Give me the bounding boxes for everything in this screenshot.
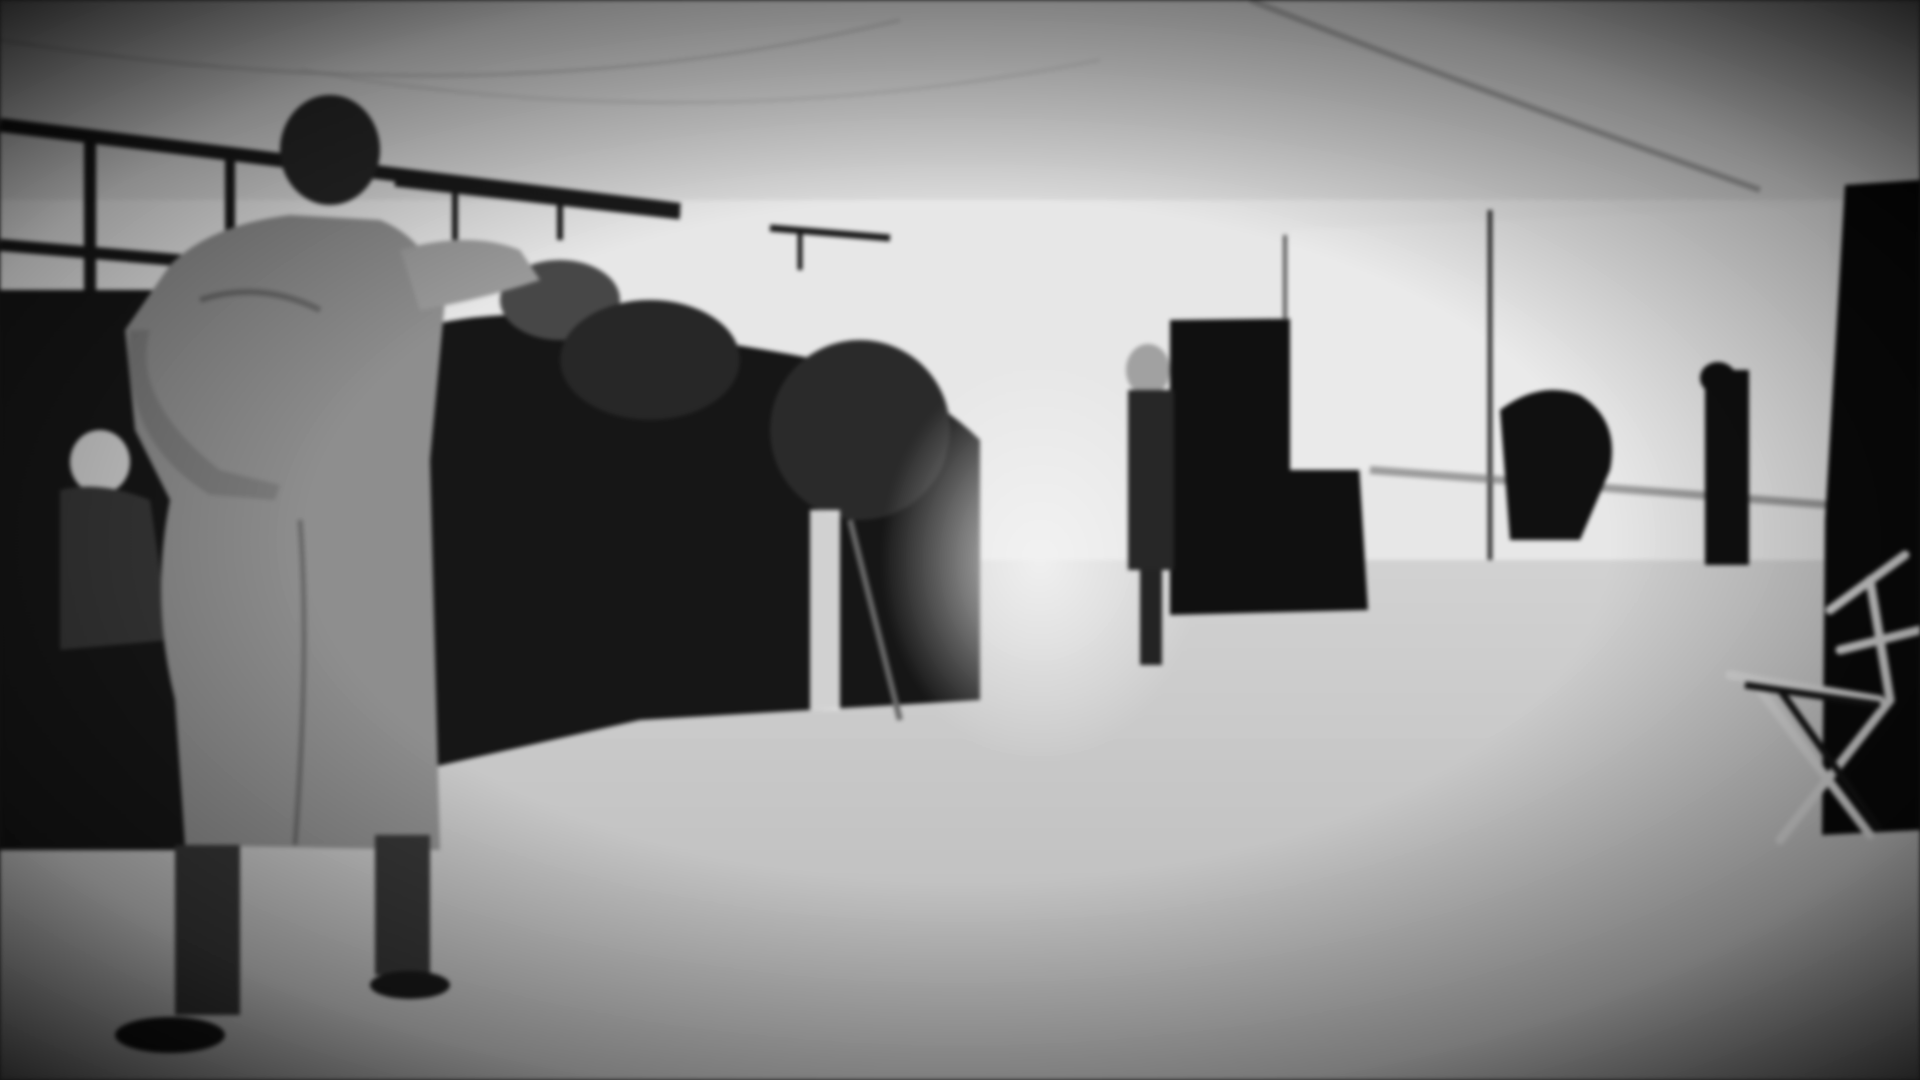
scene — [0, 0, 1920, 1080]
photograph — [0, 0, 1920, 1080]
